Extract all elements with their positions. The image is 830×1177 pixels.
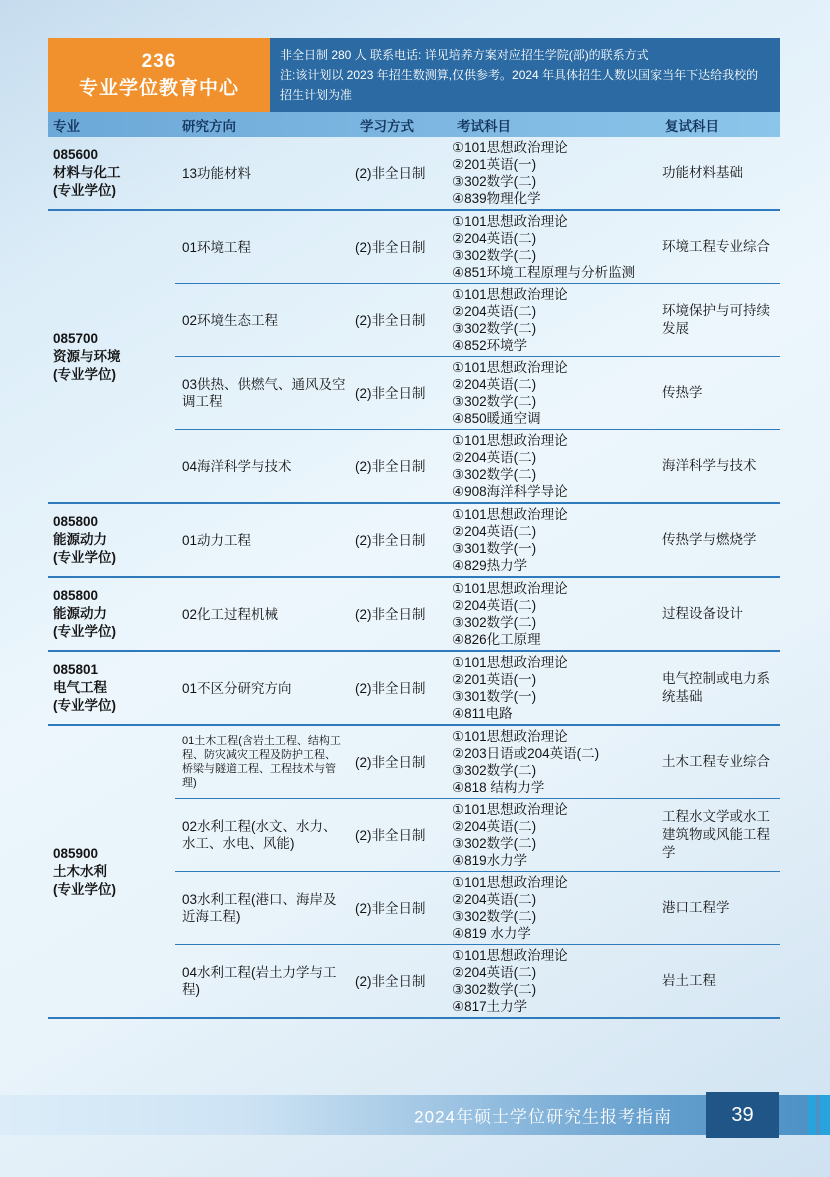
exam-subject-line: ②201英语(一) [452, 671, 655, 688]
exam-subject-line: ④817土力学 [452, 998, 655, 1015]
exam-subjects-cell: ①101思想政治理论②204英语(二)③302数学(二)④817土力学 [445, 944, 655, 1017]
direction-cell: 01土木工程(含岩土工程、结构工程、防灾减灾工程及防护工程、桥梁与隧道工程、工程… [175, 724, 350, 798]
major-code: 085800 [53, 587, 173, 605]
exam-subject-line: ③301数学(一) [452, 688, 655, 705]
retest-cell: 土木工程专业综合 [655, 724, 780, 798]
exam-subjects-cell: ①101思想政治理论②204英语(二)③302数学(二)④819水力学 [445, 798, 655, 871]
exam-subjects-cell: ①101思想政治理论②201英语(一)③301数学(一)④811电路 [445, 650, 655, 724]
major-cell: 085600材料与化工(专业学位) [48, 137, 175, 209]
table-row: 085600材料与化工(专业学位)13功能材料(2)非全日制①101思想政治理论… [48, 137, 780, 209]
major-cell: 085900土木水利(专业学位) [48, 724, 175, 1017]
retest-cell: 电气控制或电力系统基础 [655, 650, 780, 724]
info-line: 招生计划为准 [280, 85, 770, 105]
retest-cell: 工程水文学或水工建筑物或风能工程学 [655, 798, 780, 871]
major-code: 085700 [53, 330, 173, 348]
exam-subject-line: ①101思想政治理论 [452, 432, 655, 449]
table-row: 085800能源动力(专业学位)01动力工程(2)非全日制①101思想政治理论②… [48, 502, 780, 576]
exam-subject-line: ①101思想政治理论 [452, 506, 655, 523]
exam-subject-line: ④826化工原理 [452, 631, 655, 648]
study-mode-cell: (2)非全日制 [350, 137, 445, 209]
study-mode-cell: (2)非全日制 [350, 798, 445, 871]
exam-subjects-cell: ①101思想政治理论②203日语或204英语(二)③302数学(二)④818 结… [445, 724, 655, 798]
exam-subject-line: ③302数学(二) [452, 466, 655, 483]
study-mode-cell: (2)非全日制 [350, 502, 445, 576]
page-number-box: 39 [706, 1092, 779, 1138]
center-name: 专业学位教育中心 [79, 75, 239, 102]
exam-subject-line: ③302数学(二) [452, 393, 655, 410]
major-degree: (专业学位) [53, 549, 173, 567]
footer-title: 2024年硕士学位研究生报考指南 [414, 1103, 672, 1128]
major-name: 材料与化工 [53, 164, 173, 182]
exam-subject-line: ④850暖通空调 [452, 410, 655, 427]
exam-subject-line: ③302数学(二) [452, 762, 655, 779]
major-degree: (专业学位) [53, 697, 173, 715]
study-mode-cell: (2)非全日制 [350, 871, 445, 944]
footer-bar: 2024年硕士学位研究生报考指南 39 [0, 1095, 830, 1135]
direction-cell: 03供热、供燃气、通风及空调工程 [175, 356, 350, 429]
exam-subject-line: ④819水力学 [452, 852, 655, 869]
table-row: 085801电气工程(专业学位)01不区分研究方向(2)非全日制①101思想政治… [48, 650, 780, 724]
exam-subject-line: ②203日语或204英语(二) [452, 745, 655, 762]
exam-subject-line: ③302数学(二) [452, 614, 655, 631]
study-mode-cell: (2)非全日制 [350, 724, 445, 798]
major-name: 能源动力 [53, 605, 173, 623]
major-code: 085600 [53, 146, 173, 164]
retest-cell: 传热学 [655, 356, 780, 429]
major-name: 能源动力 [53, 531, 173, 549]
retest-cell: 海洋科学与技术 [655, 429, 780, 502]
column-header: 学习方式 [350, 112, 445, 137]
major-degree: (专业学位) [53, 366, 173, 384]
exam-subjects-cell: ①101思想政治理论②204英语(二)③302数学(二)④826化工原理 [445, 576, 655, 650]
accent-stripe-icon [808, 1095, 816, 1135]
exam-subject-line: ④908海洋科学导论 [452, 483, 655, 500]
exam-subject-line: ②204英语(二) [452, 891, 655, 908]
exam-subject-line: ③302数学(二) [452, 908, 655, 925]
major-cell: 085700资源与环境(专业学位) [48, 209, 175, 502]
exam-subjects-cell: ①101思想政治理论②204英语(二)③301数学(一)④829热力学 [445, 502, 655, 576]
direction-cell: 02水利工程(水文、水力、水工、水电、风能) [175, 798, 350, 871]
major-name: 土木水利 [53, 863, 173, 881]
exam-subject-line: ①101思想政治理论 [452, 213, 655, 230]
direction-cell: 01动力工程 [175, 502, 350, 576]
table-row: 085700资源与环境(专业学位)01环境工程(2)非全日制①101思想政治理论… [48, 209, 780, 283]
exam-subject-line: ①101思想政治理论 [452, 286, 655, 303]
exam-subject-line: ②201英语(一) [452, 156, 655, 173]
direction-cell: 13功能材料 [175, 137, 350, 209]
major-cell: 085800能源动力(专业学位) [48, 576, 175, 650]
exam-subject-line: ①101思想政治理论 [452, 801, 655, 818]
major-cell: 085801电气工程(专业学位) [48, 650, 175, 724]
exam-subject-line: ①101思想政治理论 [452, 359, 655, 376]
exam-subjects-cell: ①101思想政治理论②201英语(一)③302数学(二)④839物理化学 [445, 137, 655, 209]
info-line: 非全日制 280 人 联系电话: 详见培养方案对应招生学院(部)的联系方式 [280, 45, 770, 65]
direction-cell: 04海洋科学与技术 [175, 429, 350, 502]
exam-subject-line: ④818 结构力学 [452, 779, 655, 796]
admission-info-box: 非全日制 280 人 联系电话: 详见培养方案对应招生学院(部)的联系方式 注:… [270, 38, 780, 112]
exam-subject-line: ①101思想政治理论 [452, 728, 655, 745]
direction-cell: 02化工过程机械 [175, 576, 350, 650]
major-degree: (专业学位) [53, 881, 173, 899]
accent-stripe-icon [820, 1095, 830, 1135]
exam-subject-line: ③301数学(一) [452, 540, 655, 557]
exam-subject-line: ②204英语(二) [452, 230, 655, 247]
center-code-box: 236 专业学位教育中心 [48, 38, 270, 112]
exam-subject-line: ④811电路 [452, 705, 655, 722]
retest-cell: 岩土工程 [655, 944, 780, 1017]
exam-subject-line: ④819 水力学 [452, 925, 655, 942]
major-degree: (专业学位) [53, 623, 173, 641]
direction-cell: 03水利工程(港口、海岸及近海工程) [175, 871, 350, 944]
exam-subject-line: ①101思想政治理论 [452, 874, 655, 891]
retest-cell: 环境保护与可持续发展 [655, 283, 780, 356]
column-header: 研究方向 [175, 112, 350, 137]
major-code: 085801 [53, 661, 173, 679]
exam-subject-line: ②204英语(二) [452, 964, 655, 981]
direction-cell: 02环境生态工程 [175, 283, 350, 356]
major-code: 085900 [53, 845, 173, 863]
exam-subject-line: ③302数学(二) [452, 835, 655, 852]
exam-subject-line: ③302数学(二) [452, 320, 655, 337]
exam-subject-line: ③302数学(二) [452, 173, 655, 190]
exam-subjects-cell: ①101思想政治理论②204英语(二)③302数学(二)④819 水力学 [445, 871, 655, 944]
study-mode-cell: (2)非全日制 [350, 209, 445, 283]
exam-subject-line: ②204英语(二) [452, 449, 655, 466]
exam-subject-line: ③302数学(二) [452, 981, 655, 998]
exam-subject-line: ①101思想政治理论 [452, 139, 655, 156]
major-name: 资源与环境 [53, 348, 173, 366]
major-degree: (专业学位) [53, 182, 173, 200]
exam-subjects-cell: ①101思想政治理论②204英语(二)③302数学(二)④850暖通空调 [445, 356, 655, 429]
column-header: 专业 [48, 112, 175, 137]
center-code: 236 [142, 48, 177, 75]
exam-subject-line: ①101思想政治理论 [452, 947, 655, 964]
retest-cell: 环境工程专业综合 [655, 209, 780, 283]
study-mode-cell: (2)非全日制 [350, 356, 445, 429]
study-mode-cell: (2)非全日制 [350, 429, 445, 502]
study-mode-cell: (2)非全日制 [350, 283, 445, 356]
table-header: 专业研究方向学习方式考试科目复试科目 [48, 112, 780, 137]
exam-subject-line: ④852环境学 [452, 337, 655, 354]
exam-subject-line: ①101思想政治理论 [452, 580, 655, 597]
table-row: 085800能源动力(专业学位)02化工过程机械(2)非全日制①101思想政治理… [48, 576, 780, 650]
header-band: 236 专业学位教育中心 非全日制 280 人 联系电话: 详见培养方案对应招生… [48, 38, 780, 112]
exam-subject-line: ④829热力学 [452, 557, 655, 574]
exam-subjects-cell: ①101思想政治理论②204英语(二)③302数学(二)④851环境工程原理与分… [445, 209, 655, 283]
retest-cell: 过程设备设计 [655, 576, 780, 650]
column-header: 复试科目 [655, 112, 780, 137]
exam-subject-line: ④839物理化学 [452, 190, 655, 207]
info-line: 注:该计划以 2023 年招生数测算,仅供参考。2024 年具体招生人数以国家当… [280, 65, 770, 85]
major-cell: 085800能源动力(专业学位) [48, 502, 175, 576]
direction-cell: 01环境工程 [175, 209, 350, 283]
exam-subject-line: ②204英语(二) [452, 376, 655, 393]
exam-subjects-cell: ①101思想政治理论②204英语(二)③302数学(二)④908海洋科学导论 [445, 429, 655, 502]
study-mode-cell: (2)非全日制 [350, 576, 445, 650]
direction-cell: 01不区分研究方向 [175, 650, 350, 724]
retest-cell: 传热学与燃烧学 [655, 502, 780, 576]
exam-subject-line: ④851环境工程原理与分析监测 [452, 264, 655, 281]
column-header: 考试科目 [445, 112, 655, 137]
major-name: 电气工程 [53, 679, 173, 697]
retest-cell: 港口工程学 [655, 871, 780, 944]
study-mode-cell: (2)非全日制 [350, 944, 445, 1017]
table-row: 085900土木水利(专业学位)01土木工程(含岩土工程、结构工程、防灾减灾工程… [48, 724, 780, 798]
guide-page: 236 专业学位教育中心 非全日制 280 人 联系电话: 详见培养方案对应招生… [0, 0, 830, 1177]
exam-subject-line: ②204英语(二) [452, 818, 655, 835]
exam-subject-line: ③302数学(二) [452, 247, 655, 264]
admissions-table: 专业研究方向学习方式考试科目复试科目 085600材料与化工(专业学位)13功能… [48, 112, 780, 1019]
retest-cell: 功能材料基础 [655, 137, 780, 209]
exam-subject-line: ①101思想政治理论 [452, 654, 655, 671]
exam-subject-line: ②204英语(二) [452, 597, 655, 614]
exam-subject-line: ②204英语(二) [452, 303, 655, 320]
study-mode-cell: (2)非全日制 [350, 650, 445, 724]
exam-subjects-cell: ①101思想政治理论②204英语(二)③302数学(二)④852环境学 [445, 283, 655, 356]
exam-subject-line: ②204英语(二) [452, 523, 655, 540]
direction-cell: 04水利工程(岩土力学与工程) [175, 944, 350, 1017]
major-code: 085800 [53, 513, 173, 531]
